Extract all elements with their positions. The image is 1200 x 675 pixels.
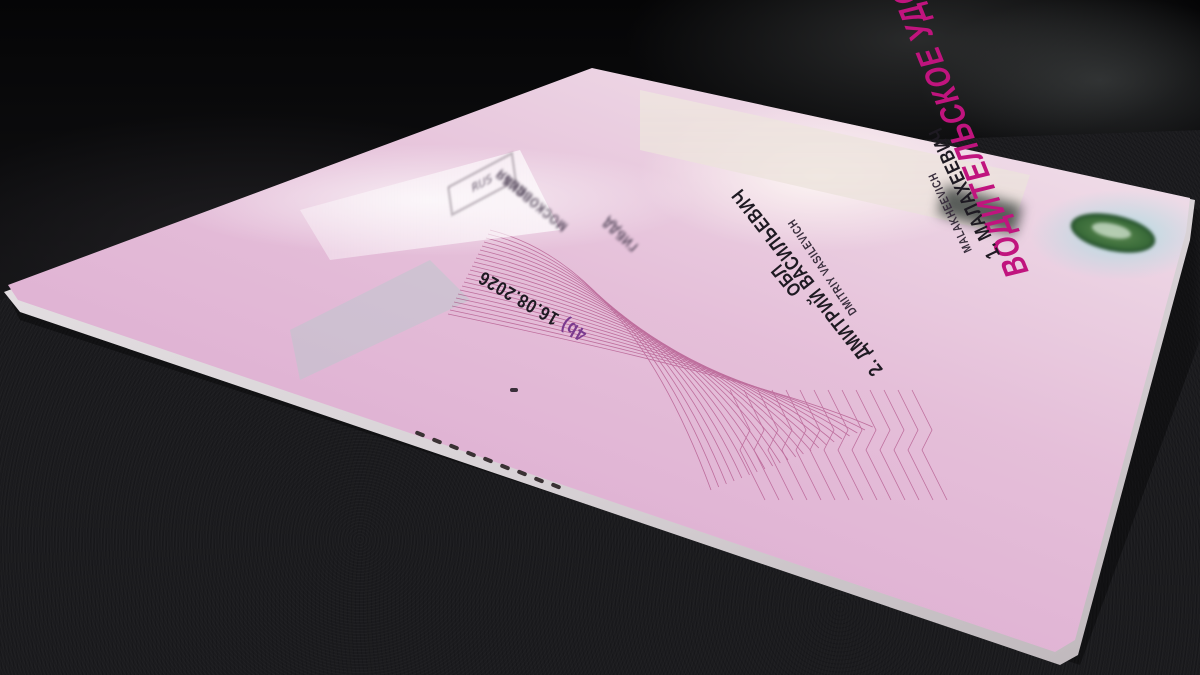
card-edge-perforation [415,432,575,492]
perforation-mark [500,463,511,470]
perforation-mark [466,450,477,457]
perforation-mark [449,443,460,450]
perforation-mark [534,476,545,483]
photo-scene: RUS ВОДИТЕЛЬСКОЕ УДОСТОВЕРЕНИЕ 1. МАЛАХЕ… [0,0,1200,675]
perforation-mark [483,456,494,463]
perforation-mark [551,482,562,489]
emblem-center [1090,220,1132,242]
card-surface-mark [510,388,518,392]
perforation-mark [517,469,528,476]
perforation-mark [415,430,426,437]
perforation-mark [432,437,443,444]
